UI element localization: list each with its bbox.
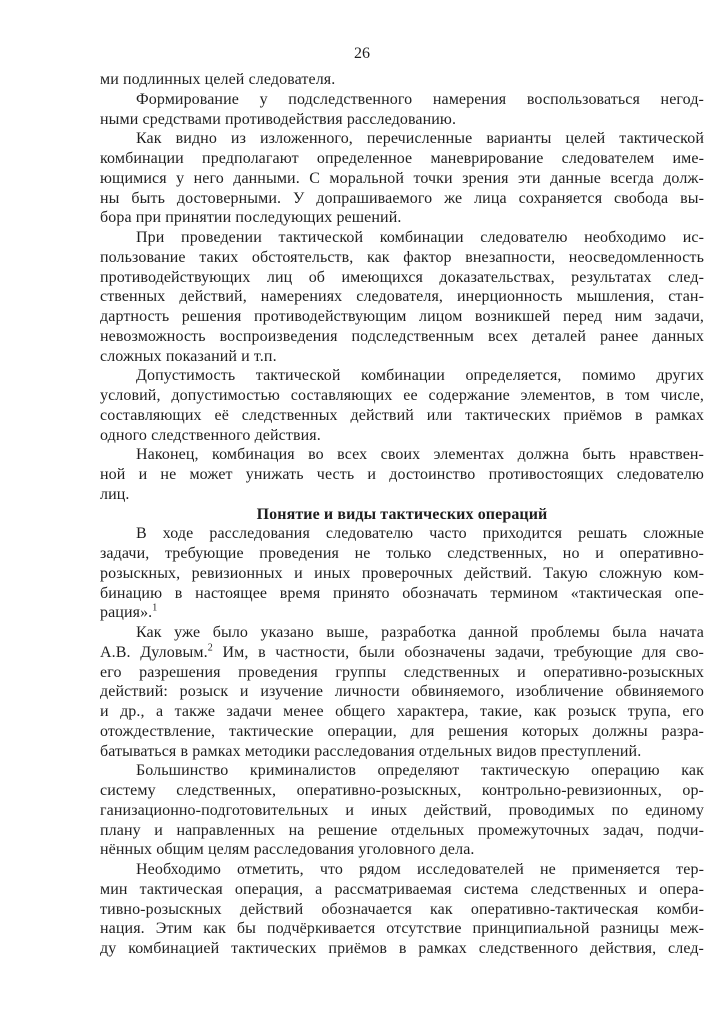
text-line: составляющих её следственных действий ил… — [100, 406, 704, 426]
text-line: невозможность воспроизведения подследств… — [100, 327, 704, 347]
text-line: В ходе расследования следователю часто п… — [100, 524, 704, 544]
text-line: розыскных, ревизионных и иных проверочны… — [100, 564, 704, 584]
text-line: Как уже было указано выше, разработка да… — [100, 623, 704, 643]
text-line: мин тактическая операция, а рассматривае… — [100, 880, 704, 900]
text-line: нённых общим целям расследования уголовн… — [100, 840, 704, 860]
text-line: рация».1 — [100, 603, 704, 623]
paragraph: ми подлинных целей следователя. — [100, 70, 704, 90]
text-line: дартность решения противодействующим лиц… — [100, 307, 704, 327]
text-line: ющимися у него данными. С моральной точк… — [100, 169, 704, 189]
heading-text: Понятие и виды тактических операций — [100, 505, 704, 525]
text-line: комбинации предполагают определенное ман… — [100, 149, 704, 169]
text-line: Формирование у подследственного намерени… — [100, 90, 704, 110]
paragraph: Формирование у подследственного намерени… — [100, 90, 704, 130]
section-heading: Понятие и виды тактических операций — [100, 505, 704, 525]
text-line: задачи, требующие проведения не только с… — [100, 544, 704, 564]
text-line: Необходимо отметить, что рядом исследова… — [100, 860, 704, 880]
text-line: тивно-розыскных действий обозначается ка… — [100, 900, 704, 920]
text-line: ственных действий, намерениях следовател… — [100, 287, 704, 307]
page-body: ми подлинных целей следователя.Формирова… — [100, 70, 704, 959]
page-number: 26 — [0, 44, 724, 64]
text-line: его разрешения проведения группы следств… — [100, 663, 704, 683]
text-line: ми подлинных целей следователя. — [100, 70, 704, 90]
paragraph: Как уже было указано выше, разработка да… — [100, 623, 704, 761]
text-line: ной и не может унижать честь и достоинст… — [100, 465, 704, 485]
footnote-reference: 2 — [208, 642, 213, 653]
text-line: противодействующих лиц об имеющихся дока… — [100, 268, 704, 288]
text-line: действий: розыск и изучение личности обв… — [100, 682, 704, 702]
paragraph: Необходимо отметить, что рядом исследова… — [100, 860, 704, 959]
document-page: 26 ми подлинных целей следователя.Формир… — [0, 0, 724, 1024]
text-line: нация. Этим как бы подчёркивается отсутс… — [100, 919, 704, 939]
text-line: батываться в рамках методики расследован… — [100, 742, 704, 762]
text-line: отождествление, тактические операции, дл… — [100, 722, 704, 742]
text-line: А.В. Дуловым.2 Им, в частности, были обо… — [100, 643, 704, 663]
paragraph: При проведении тактической комбинации сл… — [100, 228, 704, 366]
footnote-reference: 1 — [152, 603, 157, 614]
text-line: и др., а также задачи менее общего харак… — [100, 702, 704, 722]
text-line: одного следственного действия. — [100, 426, 704, 446]
text-line: пользование таких обстоятельств, как фак… — [100, 248, 704, 268]
text-line: бинацию в настоящее время принято обозна… — [100, 584, 704, 604]
text-line: ганизационно-подготовительных и иных дей… — [100, 801, 704, 821]
text-line: ны быть достоверными. У допрашиваемого ж… — [100, 189, 704, 209]
text-line: Допустимость тактической комбинации опре… — [100, 366, 704, 386]
text-line: систему следственных, оперативно-розыскн… — [100, 781, 704, 801]
text-line: Большинство криминалистов определяют так… — [100, 761, 704, 781]
text-line: лиц. — [100, 485, 704, 505]
text-line: Как видно из изложенного, перечисленные … — [100, 129, 704, 149]
text-line: плану и направленных на решение отдельны… — [100, 821, 704, 841]
paragraph: Наконец, комбинация во всех своих элемен… — [100, 445, 704, 504]
text-line: бора при принятии последующих решений. — [100, 208, 704, 228]
text-line: сложных показаний и т.п. — [100, 347, 704, 367]
text-line: Наконец, комбинация во всех своих элемен… — [100, 445, 704, 465]
text-line: ными средствами противодействия расследо… — [100, 110, 704, 130]
text-line: условий, допустимостью составляющих ее с… — [100, 386, 704, 406]
paragraph: Допустимость тактической комбинации опре… — [100, 366, 704, 445]
paragraph: В ходе расследования следователю часто п… — [100, 524, 704, 623]
paragraph: Как видно из изложенного, перечисленные … — [100, 129, 704, 228]
paragraph: Большинство криминалистов определяют так… — [100, 761, 704, 860]
text-line: ду комбинацией тактических приёмов в рам… — [100, 939, 704, 959]
text-line: При проведении тактической комбинации сл… — [100, 228, 704, 248]
